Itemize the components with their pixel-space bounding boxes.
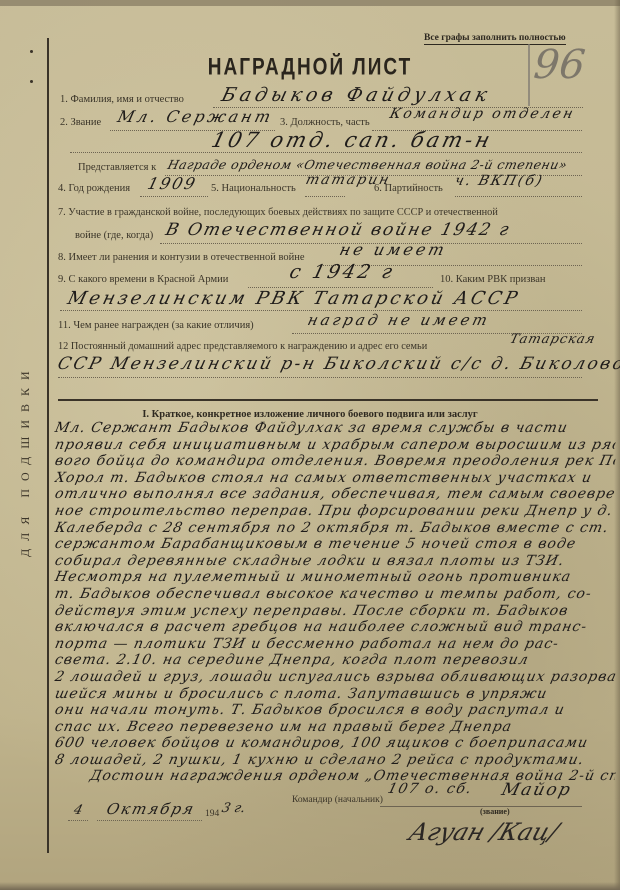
field-5-line xyxy=(305,196,345,197)
date-year-prefix: 194 xyxy=(205,809,219,819)
paper-edge-top xyxy=(0,0,620,6)
field-7-label: 7. Участие в гражданской войне, последую… xyxy=(58,207,498,218)
narrative-line: Хорол т. Бадыков стоял на самых ответств… xyxy=(53,470,617,487)
field-12-line xyxy=(58,377,582,378)
field-3-line-2 xyxy=(70,152,582,153)
narrative-line: спас их. Всего перевезено им на правый б… xyxy=(53,719,617,736)
narrative-line: света. 2.10. на середине Днепра, когда п… xyxy=(53,652,617,669)
binding-margin-line xyxy=(47,38,49,853)
narrative-line: отлично выполнял все задания, обеспечива… xyxy=(53,486,617,503)
field-1-value: Бадыков Файдулхак xyxy=(219,84,493,106)
narrative-line: 2 лошадей и груз, лошади испугались взры… xyxy=(53,669,617,686)
field-9-label: 9. С какого времени в Красной Армии xyxy=(58,274,228,285)
narrative-line: они начали тонуть. Т. Бадыков бросился в… xyxy=(53,702,617,719)
field-6-label: 6. Партийность xyxy=(374,183,443,194)
field-3-value-line-2: 107 отд. сап. бат-н xyxy=(209,128,495,152)
narrative-line: 8 лошадей, 2 пушки, 1 кухню и сделано 2 … xyxy=(53,752,617,769)
field-4-value: 1909 xyxy=(146,174,199,193)
rank-caption: (звание) xyxy=(480,807,510,816)
date-year-suffix: 3 г. xyxy=(220,801,247,816)
narrative-text: Мл. Сержант Бадыков Файдулхак за время с… xyxy=(55,420,615,785)
date-day-line xyxy=(68,820,88,821)
award-sheet: ДЛЯ ПОДШИВКИ Все графы заполнить полност… xyxy=(0,0,620,890)
presented-value: Награде орденом «Отечественная война 2-й… xyxy=(166,157,569,172)
narrative-line: вого бойца до командира отделения. Вовре… xyxy=(53,453,617,470)
field-11-label: 11. Чем ранее награжден (за какие отличи… xyxy=(58,320,254,331)
field-5-label: 5. Национальность xyxy=(211,183,296,194)
narrative-line: Несмотря на пулеметный и минометный огон… xyxy=(53,569,617,586)
commander-rank: Майор xyxy=(500,780,575,800)
field-12-value-line-2: ССР Мензелинский р-н Биколский с/с д. Би… xyxy=(56,354,620,374)
field-2-value: Мл. Сержант xyxy=(116,107,276,126)
field-11-value: наград не имеет xyxy=(306,311,492,329)
field-6-line xyxy=(455,196,582,197)
field-7-label-2: войне (где, когда) xyxy=(75,230,153,241)
narrative-line: ное строительство переправ. При форсиров… xyxy=(53,503,617,520)
field-4-label: 4. Год рождения xyxy=(58,183,130,194)
paper-edge-bottom xyxy=(0,882,620,890)
field-3-label: 3. Должность, часть xyxy=(280,117,370,128)
field-10-value: Мензелинским РВК Татарской АССР xyxy=(65,288,522,309)
field-8-label: 8. Имеет ли ранения и контузии в отечест… xyxy=(58,252,304,263)
date-month-line xyxy=(97,820,202,821)
field-8-value: не имеет xyxy=(338,240,450,259)
commander-unit: 107 о. сб. xyxy=(386,781,474,797)
commander-label: Командир (начальник) xyxy=(292,795,383,805)
page-title: НАГРАДНОЙ ЛИСТ xyxy=(0,54,620,82)
field-3-value: Командир отделен xyxy=(388,106,577,122)
field-9-value: с 1942 г xyxy=(287,261,397,283)
binding-margin-text: ДЛЯ ПОДШИВКИ xyxy=(18,330,40,590)
narrative-line: порта — плотики ТЗИ и бессменно работал … xyxy=(53,636,617,653)
narrative-line: Мл. Сержант Бадыков Файдулхак за время с… xyxy=(53,420,617,437)
commander-signature: Агуан /Кац/ xyxy=(405,818,562,846)
field-7-value: В Отечественной войне 1942 г xyxy=(164,220,513,240)
field-4-line xyxy=(140,196,208,197)
field-12-label: 12 Постоянный домашний адрес представляе… xyxy=(58,341,427,352)
punch-mark xyxy=(30,50,33,53)
field-6-value: ч. ВКП(б) xyxy=(453,173,545,189)
narrative-line: Калеберда с 28 сентября по 2 октября т. … xyxy=(53,520,617,537)
field-10-label: 10. Каким РВК призван xyxy=(440,274,545,285)
field-2-label: 2. Звание xyxy=(60,117,101,128)
narrative-line: 600 человек бойцов и командиров, 100 ящи… xyxy=(53,735,617,752)
narrative-line: действуя этим успеху переправы. После сб… xyxy=(53,603,617,620)
narrative-line: собирал деревянные складные лодки и вяза… xyxy=(53,553,617,570)
narrative-line: сержантом Барабанщиковым в течение 5 ноч… xyxy=(53,536,617,553)
presented-label: Представляется к xyxy=(78,162,156,173)
field-1-label: 1. Фамилия, имя и отчество xyxy=(60,94,184,105)
date-month: Октября xyxy=(105,800,198,818)
field-12-value: Татарская xyxy=(508,332,597,347)
narrative-line: проявил себя инициативным и храбрым сапе… xyxy=(53,437,617,454)
narrative-line: т. Бадыков обеспечивал высокое качество … xyxy=(53,586,617,603)
date-day: 4 xyxy=(72,803,86,818)
section-heading: I. Краткое, конкретное изложение личного… xyxy=(0,409,620,420)
narrative-line: шейся мины и бросились с плота. Запутавш… xyxy=(53,686,617,703)
section-divider xyxy=(58,399,598,401)
narrative-line: включался в расчет гребцов на наиболее с… xyxy=(53,619,617,636)
